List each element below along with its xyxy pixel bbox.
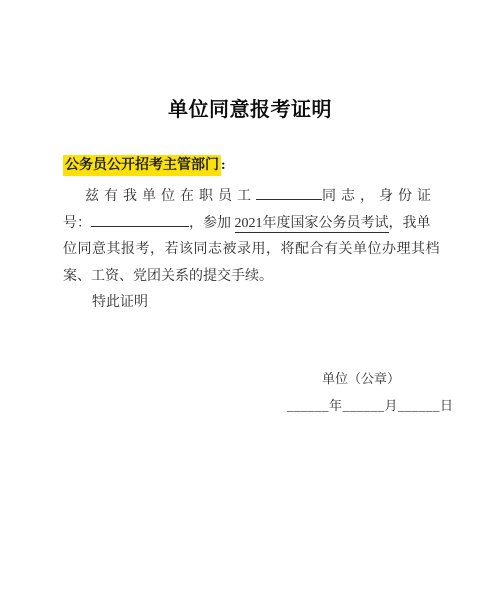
body-line-2-pre: 号： <box>63 216 91 231</box>
date-line: ______年______月______日 <box>287 396 454 416</box>
date-year-blank: ______ <box>287 398 329 413</box>
closing-phrase: 特此证明 <box>63 290 441 317</box>
salutation-colon: : <box>221 158 226 173</box>
body-line-2-post: ，我单 <box>389 216 431 231</box>
body-line-2: 号：，参加 2021年度国家公务员考试，我单 <box>63 211 441 238</box>
body-line-1-pre: 兹有我单位在职员工 <box>85 189 256 204</box>
month-label: 月 <box>385 398 399 413</box>
day-label: 日 <box>440 398 454 413</box>
body-line-1: 兹有我单位在职员工同志，身份证 <box>63 184 441 211</box>
date-month-blank: ______ <box>343 398 385 413</box>
unit-seal-label: 单位（公章） <box>322 370 400 388</box>
body-line-4: 案、工资、党团关系的提交手续。 <box>63 264 441 291</box>
exam-name-underlined-text: 2021年度国家公务员考试 <box>235 216 389 233</box>
body-paragraph: 兹有我单位在职员工同志，身份证 号：，参加 2021年度国家公务员考试，我单 位… <box>63 184 441 317</box>
id-number-blank-line <box>91 213 189 227</box>
body-line-1-post: 同志，身份证 <box>322 189 436 204</box>
year-label: 年 <box>329 398 343 413</box>
date-day-blank: ______ <box>398 398 440 413</box>
salutation-highlight: 公务员公开招考主管部门 <box>63 155 221 176</box>
employee-name-blank-line <box>256 186 322 200</box>
document-title: 单位同意报考证明 <box>0 97 500 124</box>
salutation-line: 公务员公开招考主管部门: <box>63 153 226 178</box>
body-line-2-mid: ，参加 <box>189 216 235 231</box>
certificate-document-page: 单位同意报考证明 公务员公开招考主管部门: 兹有我单位在职员工同志，身份证 号：… <box>0 0 500 591</box>
body-line-3: 位同意其报考，若该同志被录用，将配合有关单位办理其档 <box>63 237 441 264</box>
